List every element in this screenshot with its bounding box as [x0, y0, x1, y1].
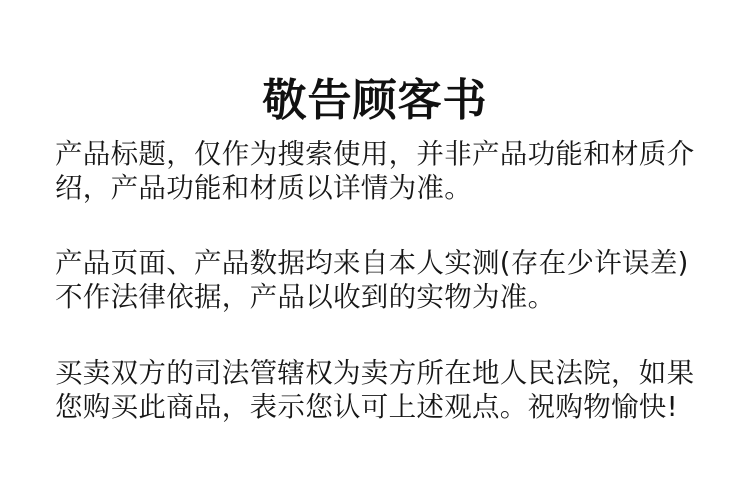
paragraph-line: 产品标题，仅作为搜索使用，并非产品功能和材质介 [55, 137, 715, 171]
paragraph-line: 您购买此商品，表示您认可上述观点。祝购物愉快! [55, 390, 715, 424]
paragraph-line: 买卖双方的司法管辖权为卖方所在地人民法院，如果 [55, 356, 715, 390]
paragraph-line: 不作法律依据，产品以收到的实物为准。 [55, 280, 715, 314]
paragraph-line: 产品页面、产品数据均来自本人实测(存在少许误差) [55, 246, 715, 280]
paragraph-product-title-notice: 产品标题，仅作为搜索使用，并非产品功能和材质介 绍，产品功能和材质以详情为准。 [55, 137, 715, 205]
page-title: 敬告顾客书 [0, 73, 750, 129]
paragraph-product-data-notice: 产品页面、产品数据均来自本人实测(存在少许误差) 不作法律依据，产品以收到的实物… [55, 246, 715, 314]
paragraph-line: 绍，产品功能和材质以详情为准。 [55, 171, 715, 205]
paragraph-jurisdiction-notice: 买卖双方的司法管辖权为卖方所在地人民法院，如果 您购买此商品，表示您认可上述观点… [55, 356, 715, 424]
